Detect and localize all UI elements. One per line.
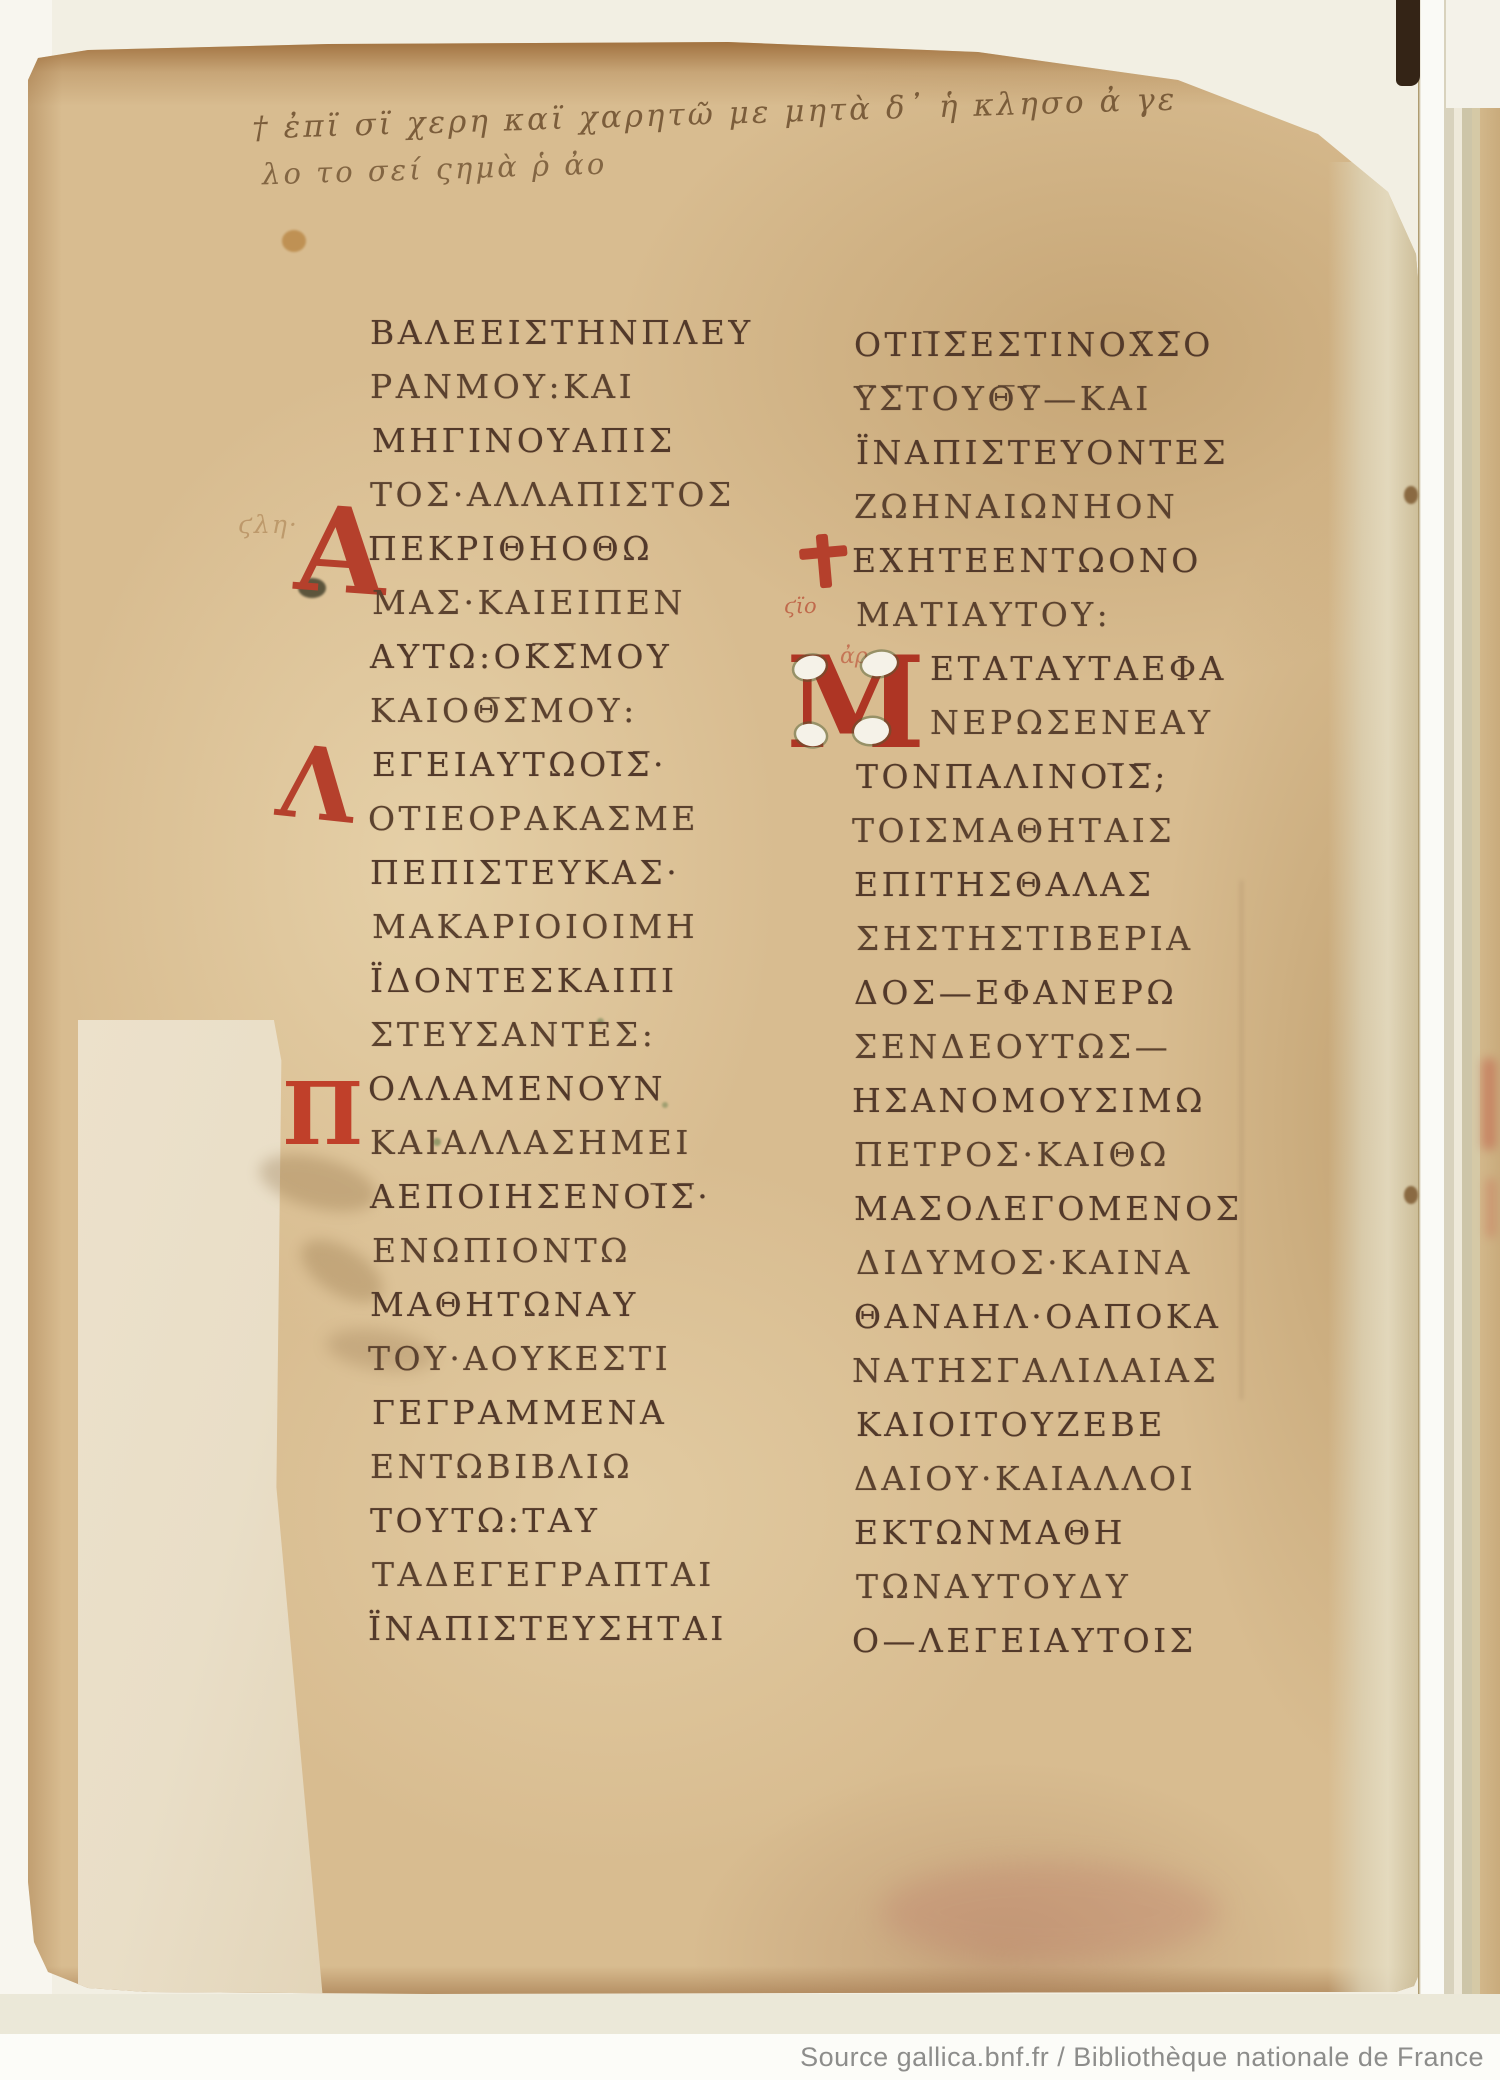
- text-line: ΕΝΤΩΒΙΒΛΙΩ: [370, 1440, 840, 1494]
- text-line: ΠΕΚΡΙΘΗΟΘΩ: [368, 522, 838, 576]
- ink-stain-dot: [282, 230, 306, 252]
- text-line: ΕΧΗΤΕΕΝΤΩΟΝΟ: [852, 534, 1322, 588]
- book-gutter: [1418, 0, 1500, 1994]
- text-line: ΤΩΝΑΥΤΟΥΔΥ: [856, 1560, 1326, 1614]
- text-line: ΔΑΙΟΥ·ΚΑΙΑΛΛΟΙ: [854, 1452, 1324, 1506]
- text-line: ΓΕΓΡΑΜΜΕΝΑ: [372, 1386, 842, 1440]
- binding-stitch: [1404, 486, 1418, 504]
- scan-background-bottom: [0, 1994, 1500, 2034]
- facing-page-red-mark: [1486, 1178, 1496, 1238]
- text-line: ΤΟΝΠΑΛΙΝΟΙ̅Σ̅;: [856, 750, 1326, 804]
- rubric-initial-lambda: Λ: [273, 730, 361, 838]
- text-line: ΤΟΥ·ΑΟΥΚΕΣΤΙ: [368, 1332, 838, 1386]
- text-line: ΪΝΑΠΙΣΤΕΥΣΗΤΑΙ: [368, 1602, 838, 1656]
- text-line: ΔΙΔΥΜΟΣ·ΚΑΙΝΑ: [856, 1236, 1326, 1290]
- text-line: ΪΔΟΝΤΕΣΚΑΙΠΙ: [370, 954, 840, 1008]
- text-line: ΪΝΑΠΙΣΤΕΥΟΝΤΕΣ: [856, 426, 1326, 480]
- text-line: ΤΑΔΕΓΕΓΡΑΠΤΑΙ: [372, 1548, 842, 1602]
- text-line: Υ̅Σ̅ΤΟΥΘ̅Υ̅—ΚΑΙ: [854, 372, 1324, 426]
- text-line: Ο—ΛΕΓΕΙΑΥΤΟΙΣ: [852, 1614, 1322, 1668]
- binding-stitch: [1404, 1186, 1418, 1204]
- text-line: ΚΑΙΑΛΛΑΣΗΜΕΙ: [370, 1116, 840, 1170]
- text-line: ΣΤΕΥΣΑΝΤΕΣ:: [370, 1008, 840, 1062]
- text-line: ΜΑΚΑΡΙΟΙΟΙΜΗ: [372, 900, 842, 954]
- text-line: ΔΟΣ—ΕΦΑΝΕΡΩ: [854, 966, 1324, 1020]
- text-line: ΜΑΣ·ΚΑΙΕΙΠΕΝ: [372, 576, 842, 630]
- text-column-left: ΒΑΛΕΕΙΣΤΗΝΠΛΕΥ ΡΑΝΜΟΥ:ΚΑΙ ΜΗΓΙΝΟΥΑΠΙΣ ΤΟ…: [370, 306, 840, 1656]
- text-line: ΜΑΘΗΤΩΝΑΥ: [370, 1278, 840, 1332]
- text-line: ΝΑΤΗΣΓΑΛΙΛΑΙΑΣ: [852, 1344, 1322, 1398]
- text-line: ΣΗΣΤΗΣΤΙΒΕΡΙΑ: [856, 912, 1326, 966]
- marginal-lection-note: ϛλη·: [238, 510, 299, 539]
- bottom-stain: [880, 1862, 1220, 1962]
- text-line: ΜΗΓΙΝΟΥΑΠΙΣ: [372, 414, 842, 468]
- text-line: ΕΤΑΤΑΥΤΑΕΦΑ: [854, 642, 1324, 696]
- text-line: ΤΟΙΣΜΑΘΗΤΑΙΣ: [852, 804, 1322, 858]
- text-line: ΚΑΙΟΙΤΟΥΖΕΒΕ: [856, 1398, 1326, 1452]
- text-line: ΠΕΠΙΣΤΕΥΚΑΣ·: [370, 846, 840, 900]
- text-line: ΑΕΠΟΙΗΣΕΝΟΙ̅Σ̅·: [370, 1170, 840, 1224]
- text-line: ΟΤΙΙ̅Σ̅ΕΣΤΙΝΟΧ̅Σ̅Ο: [854, 318, 1324, 372]
- text-line: ΕΝΩΠΙΟΝΤΩ: [372, 1224, 842, 1278]
- facing-page-red-mark: [1482, 1058, 1496, 1150]
- scanned-manuscript-page: † ἐπϊ σϊ χερη καϊ χαρητῶ με μητὰ δ᾽ ἡ κλ…: [0, 0, 1500, 2080]
- rubric-initial-pi: Π: [282, 1072, 363, 1158]
- scan-background-top-right: [1446, 0, 1500, 108]
- text-line: ΤΟΣ·ΑΛΛΑΠΙΣΤΟΣ: [370, 468, 840, 522]
- text-line: ΕΚΤΩΝΜΑΘΗ: [854, 1506, 1324, 1560]
- text-line: ΟΛΛΑΜΕΝΟΥΝ: [368, 1062, 838, 1116]
- text-line: ΡΑΝΜΟΥ:ΚΑΙ: [370, 360, 840, 414]
- text-line: ΘΑΝΑΗΛ·ΟΑΠΟΚΑ: [854, 1290, 1324, 1344]
- text-line: ΜΑΤΙΑΥΤΟΥ:: [856, 588, 1326, 642]
- text-line: ΒΑΛΕΕΙΣΤΗΝΠΛΕΥ: [370, 306, 840, 360]
- text-line: ΑΥΤΩ:ΟΚ̅Σ̅ΜΟΥ: [370, 630, 840, 684]
- text-line: ΕΠΙΤΗΣΘΑΛΑΣ: [854, 858, 1324, 912]
- text-line: ΕΓΕΙΑΥΤΩΟΙ̅Σ̅·: [372, 738, 842, 792]
- gallica-source-credit: Source gallica.bnf.fr / Bibliothèque nat…: [0, 2034, 1500, 2080]
- text-line: ΜΑΣΟΛΕΓΟΜΕΝΟΣ: [854, 1182, 1324, 1236]
- text-line: ΚΑΙΟΘ̅Σ̅ΜΟΥ:: [370, 684, 840, 738]
- text-line: ΝΕΡΩΣΕΝΕΑΥ: [854, 696, 1324, 750]
- text-column-right: ΟΤΙΙ̅Σ̅ΕΣΤΙΝΟΧ̅Σ̅Ο Υ̅Σ̅ΤΟΥΘ̅Υ̅—ΚΑΙ ΪΝΑΠΙ…: [854, 318, 1324, 1668]
- text-line: ΗΣΑΝΟΜΟΥΣΙΜΩ: [852, 1074, 1322, 1128]
- text-line: ΖΩΗΝΑΙΩΝΗΟΝ: [854, 480, 1324, 534]
- text-line: ΣΕΝΔΕΟΥΤΩΣ—: [854, 1020, 1324, 1074]
- text-line: ΟΤΙΕΟΡΑΚΑΣΜΕ: [368, 792, 838, 846]
- binding-thread: [1396, 0, 1420, 86]
- text-line: ΠΕΤΡΟΣ·ΚΑΙΘΩ: [854, 1128, 1324, 1182]
- text-line: ΤΟΥΤΩ:ΤΑΥ: [370, 1494, 840, 1548]
